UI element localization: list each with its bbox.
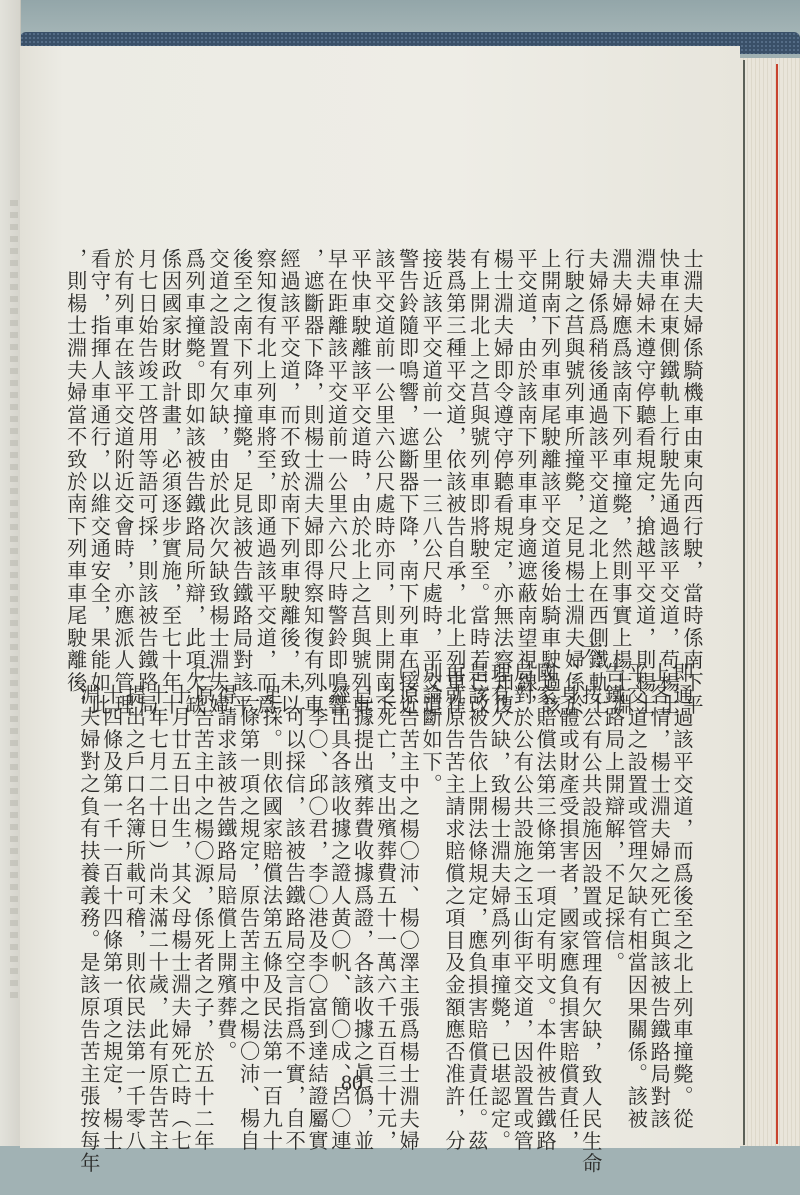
text-column: 二條第一項之規定，原告苦主中之楊〇沛、楊自 [236, 640, 259, 1152]
text-column: 平交道之設置或管理欠缺有相當因果關係。該被 [624, 640, 647, 1130]
text-column: 是該被告依上開法條規定，應負損害賠償責任。茲 [464, 640, 487, 1153]
page-number: 80 [341, 1070, 363, 1096]
background-surface-bottom [0, 1146, 800, 1195]
text-column: 再就原告苦主請求賠償之項目及金額應否准許，分 [441, 640, 464, 1153]
facing-page-edge [0, 0, 21, 1150]
upper-text-block: 士淵夫婦係騎機車由東向西行駛，當時係南下平 快車在東側鐵軌上行駛先通過該平交道，… [62, 248, 702, 618]
text-column: 、李〇、邱〇君，李〇港及李〇富到達結證屬實 [304, 640, 327, 1152]
text-column: 上各情，楊士淵夫婦之死亡與該被告鐵路局對該 [646, 640, 669, 1130]
item-heading-two: ㈡原告苦主中之楊〇源，係死者之子，於五十二年 [190, 640, 213, 1153]
text-column: 提出之戶口名簿所載可稽，則依民法第一千零八 [122, 640, 145, 1152]
text-column: 淵夫婦對之負有扶養義務。是該原告苦主張按每年 [76, 640, 99, 1175]
text-column: 國家賠償法第三條第一項定有明文。本件被告鐵路 [532, 640, 555, 1153]
text-column: 別論斷如下。 [418, 640, 441, 796]
lower-text-block: 即通過該平交道，而爲後至之北上列車撞斃。從 上各情，楊士淵夫婦之死亡與該被告鐵路… [76, 640, 692, 1040]
text-column: 告鐵路局上開辯解，不足採信。 [601, 640, 624, 974]
facing-page-bleed-text [10, 200, 18, 1000]
text-column: 即通過該平交道，而爲後至之北上列車撞斃。從 [669, 640, 692, 1130]
text-column: ，可以採信，該被告鐵路局空言指爲不實，自不 [281, 640, 304, 1152]
page-edge-dark-line [743, 60, 745, 1145]
text-column: 十年七月二十日）尚未滿二十歲，此有原告苦主 [145, 640, 168, 1152]
text-column: 理有欠缺，致楊士淵夫婦爲列車撞斃，已堪認定。 [487, 640, 510, 1153]
text-column: 、身體或財產受損害者，國家應負損害賠償責任， [555, 640, 578, 1153]
text-column: 十四條及第一千一百十四條第一項之規定，楊士 [99, 640, 122, 1152]
section-heading-six: 六、按公有公共設施因設置或管理有欠缺，致人民生命 [578, 640, 601, 1175]
text-column: 局對於公有公共設施之玉山街平交道，因設置或管 [510, 640, 533, 1153]
text-column: 之死亡，支出殯葬費五十一萬六千五百三十元， [373, 640, 396, 1152]
item-heading-one: ㈠原告苦主中之楊〇沛、楊〇澤主張爲楊士淵夫婦 [395, 640, 418, 1153]
page-stack-edge [740, 58, 800, 1148]
page-edge-red-line [776, 64, 778, 1144]
text-column: 得請求該被告鐵路局賠償上開殯葬費。 [213, 640, 236, 1063]
text-column: 十月廿五日出生，其父母楊士淵夫婦死亡時（七 [167, 640, 190, 1152]
text-column: 足採。則依國家賠償法第五條及民法第一百九十 [259, 640, 282, 1152]
